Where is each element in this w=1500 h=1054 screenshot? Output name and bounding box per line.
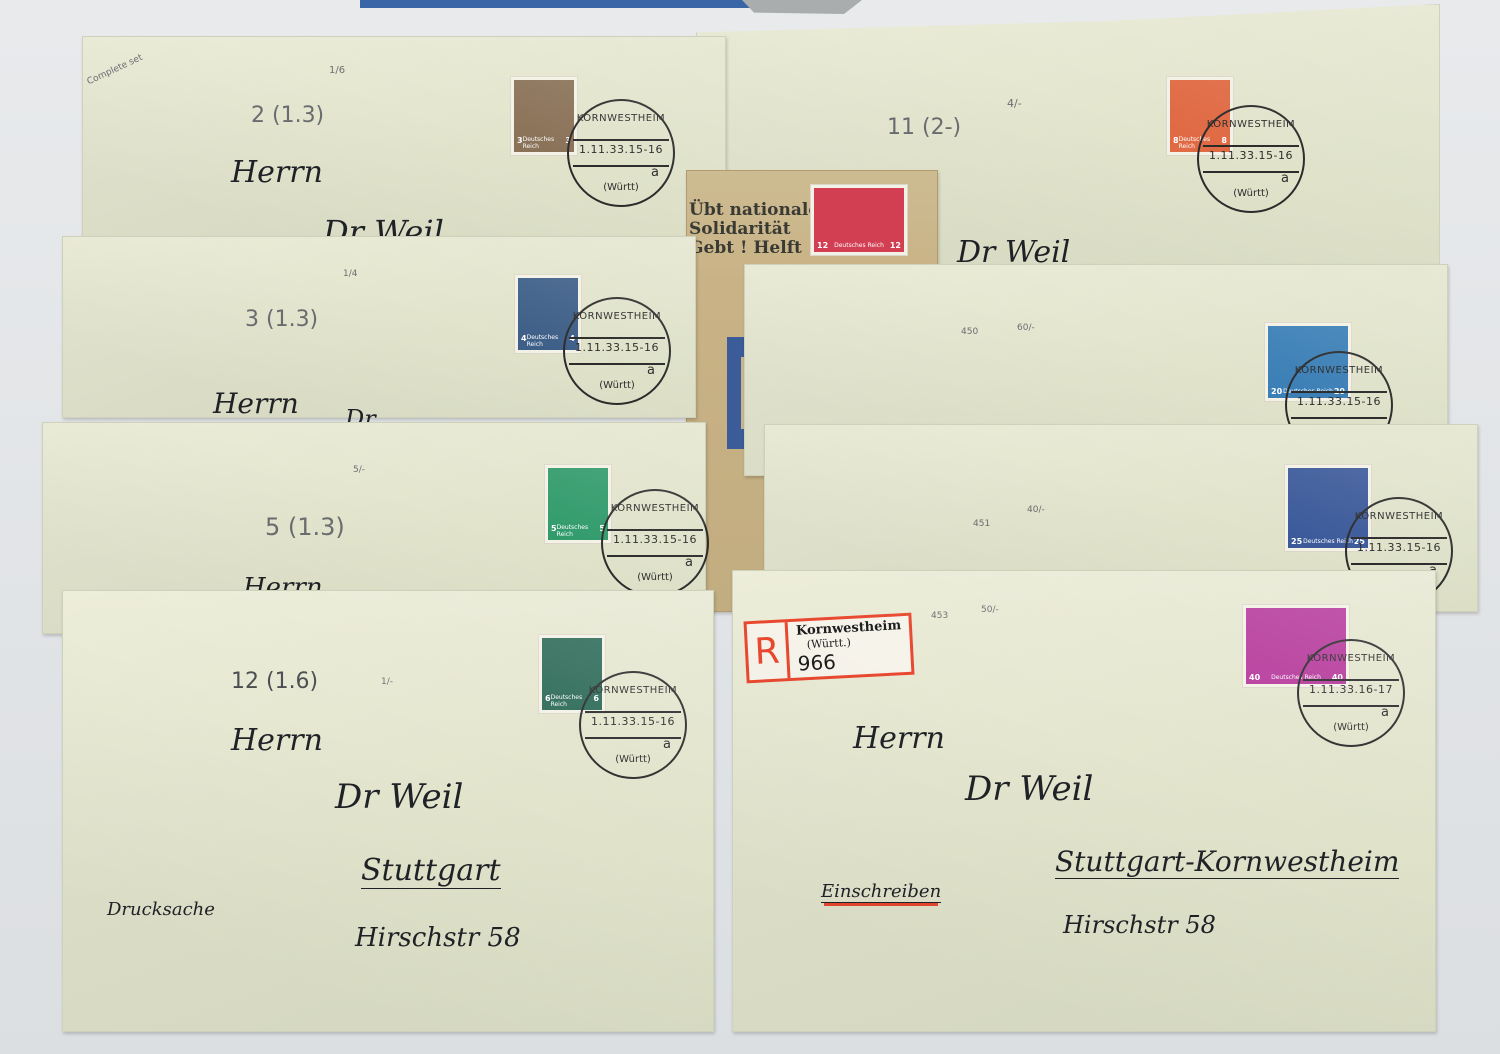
corner-note: Drucksache	[107, 899, 215, 920]
pencil-note: 50/-	[981, 605, 999, 615]
stamp-country: Deutsches Reich	[557, 524, 600, 538]
stamp-value: 20	[1271, 387, 1282, 396]
pencil-note: 5/-	[353, 465, 365, 475]
postmark-town: KORNWESTHEIM	[581, 685, 685, 696]
cover-40pf: R Kornwestheim (Württ.) 966 453 50/- Her…	[732, 570, 1436, 1032]
postmark-town: KORNWESTHEIM	[603, 503, 707, 514]
postmark-sub: a	[1281, 171, 1289, 186]
pencil-note: Complete set	[86, 53, 145, 87]
postmark: KORNWESTHEIM 1.11.33.15-16 a (Württ)	[567, 99, 675, 207]
pencil-note: 1/6	[329, 65, 345, 76]
stamp-value: 25	[1291, 537, 1302, 546]
address-line: Stuttgart	[361, 853, 501, 889]
pencil-note: 3 (1.3)	[245, 307, 318, 332]
stamp-value: 40	[1249, 673, 1260, 682]
pencil-note: 5 (1.3)	[265, 513, 345, 541]
stamp-country: Deutsches Reich	[523, 136, 566, 150]
registration-letter: R	[747, 622, 791, 680]
postmark-date: 1.11.33.15-16	[603, 533, 707, 546]
pencil-note: 453	[931, 611, 948, 621]
postmark-region: (Württ)	[603, 572, 707, 583]
postmark: KORNWESTHEIM 1.11.33.15-16 a (Württ)	[601, 489, 709, 597]
postmark: KORNWESTHEIM 1.11.33.15-16 a (Württ)	[1197, 105, 1305, 213]
pencil-note: 40/-	[1027, 505, 1045, 515]
postmark-sub: a	[685, 555, 693, 570]
slogan-line: Gebt ! Helft	[689, 239, 819, 258]
address-line: Hirschstr 58	[355, 923, 521, 953]
pencil-note: 12 (1.6)	[231, 669, 318, 694]
slogan-cancel: Übt nationale Solidarität Gebt ! Helft	[689, 201, 819, 258]
pencil-note: 451	[973, 519, 990, 529]
postmark-date: 1.11.33.15-16	[1287, 395, 1391, 408]
pencil-note: 60/-	[1017, 323, 1035, 333]
pencil-note: 1/-	[381, 677, 393, 687]
postmark: KORNWESTHEIM 1.11.33.15-16 a (Württ)	[563, 297, 671, 405]
postmark-region: (Württ)	[569, 182, 673, 193]
postmark-date: 1.11.33.15-16	[581, 715, 685, 728]
cover-3pf: Complete set 2 (1.3) 1/6 Herrn Dr Weil 3…	[82, 36, 726, 258]
postmark-town: KORNWESTHEIM	[565, 311, 669, 322]
stamp-12pf: 12Deutsches Reich12	[811, 185, 907, 255]
pencil-note: 4/-	[1007, 97, 1022, 110]
address-line: Stuttgart-Kornwestheim	[1055, 845, 1399, 879]
cover-6pf: 12 (1.6) 1/- Herrn Dr Weil Stuttgart Hir…	[62, 590, 714, 1032]
cover-4pf: 3 (1.3) 1/4 Herrn Dr 4Deutsches Reich4 K…	[62, 236, 696, 418]
address-line: Dr Weil	[335, 777, 463, 817]
corner-note: Einschreiben	[821, 881, 941, 903]
postmark-date: 1.11.33.15-16	[1347, 541, 1451, 554]
address-line: Hirschstr 58	[1063, 911, 1216, 939]
pencil-note: 11 (2-)	[887, 115, 961, 140]
slogan-line: Solidarität	[689, 220, 819, 239]
postmark-date: 1.11.33.16-17	[1299, 683, 1403, 696]
postmark-date: 1.11.33.15-16	[1199, 149, 1303, 162]
stamp-value: 12	[890, 241, 901, 250]
postmark-region: (Württ)	[1299, 722, 1403, 733]
address-line: Herrn	[231, 155, 323, 190]
postmark-date: 1.11.33.15-16	[565, 341, 669, 354]
postmark-town: KORNWESTHEIM	[1199, 119, 1303, 130]
postmark-sub: a	[1381, 705, 1389, 720]
postmark-region: (Württ)	[565, 380, 669, 391]
address-line: Herrn	[213, 387, 299, 420]
address-line: Herrn	[853, 721, 945, 756]
postmark-region: (Württ)	[581, 754, 685, 765]
pencil-note: 2 (1.3)	[251, 103, 324, 128]
slogan-line: Übt nationale	[689, 201, 819, 220]
postmark-town: KORNWESTHEIM	[1347, 511, 1451, 522]
postmark-town: KORNWESTHEIM	[569, 113, 673, 124]
postmark-town: KORNWESTHEIM	[1299, 653, 1403, 664]
pencil-note: 1/4	[343, 269, 357, 279]
pencil-note: 450	[961, 327, 978, 337]
stamp-country: Deutsches Reich	[834, 242, 884, 249]
postmark-sub: a	[647, 363, 655, 378]
stamp-value: 12	[817, 241, 828, 250]
postmark: KORNWESTHEIM 1.11.33.16-17 a (Württ)	[1297, 639, 1405, 747]
postmark-sub: a	[663, 737, 671, 752]
address-line: Herrn	[231, 723, 323, 758]
background-paper-blue	[360, 0, 780, 8]
postmark: KORNWESTHEIM 1.11.33.15-16 a (Württ)	[579, 671, 687, 779]
registration-label: R Kornwestheim (Württ.) 966	[743, 613, 914, 684]
registration-number: 966	[797, 646, 903, 675]
postmark-region: (Württ)	[1199, 188, 1303, 199]
background-paper-scrap	[742, 0, 862, 14]
postmark-date: 1.11.33.15-16	[569, 143, 673, 156]
postmark-town: KORNWESTHEIM	[1287, 365, 1391, 376]
postmark-sub: a	[651, 165, 659, 180]
address-line: Dr Weil	[965, 769, 1093, 809]
